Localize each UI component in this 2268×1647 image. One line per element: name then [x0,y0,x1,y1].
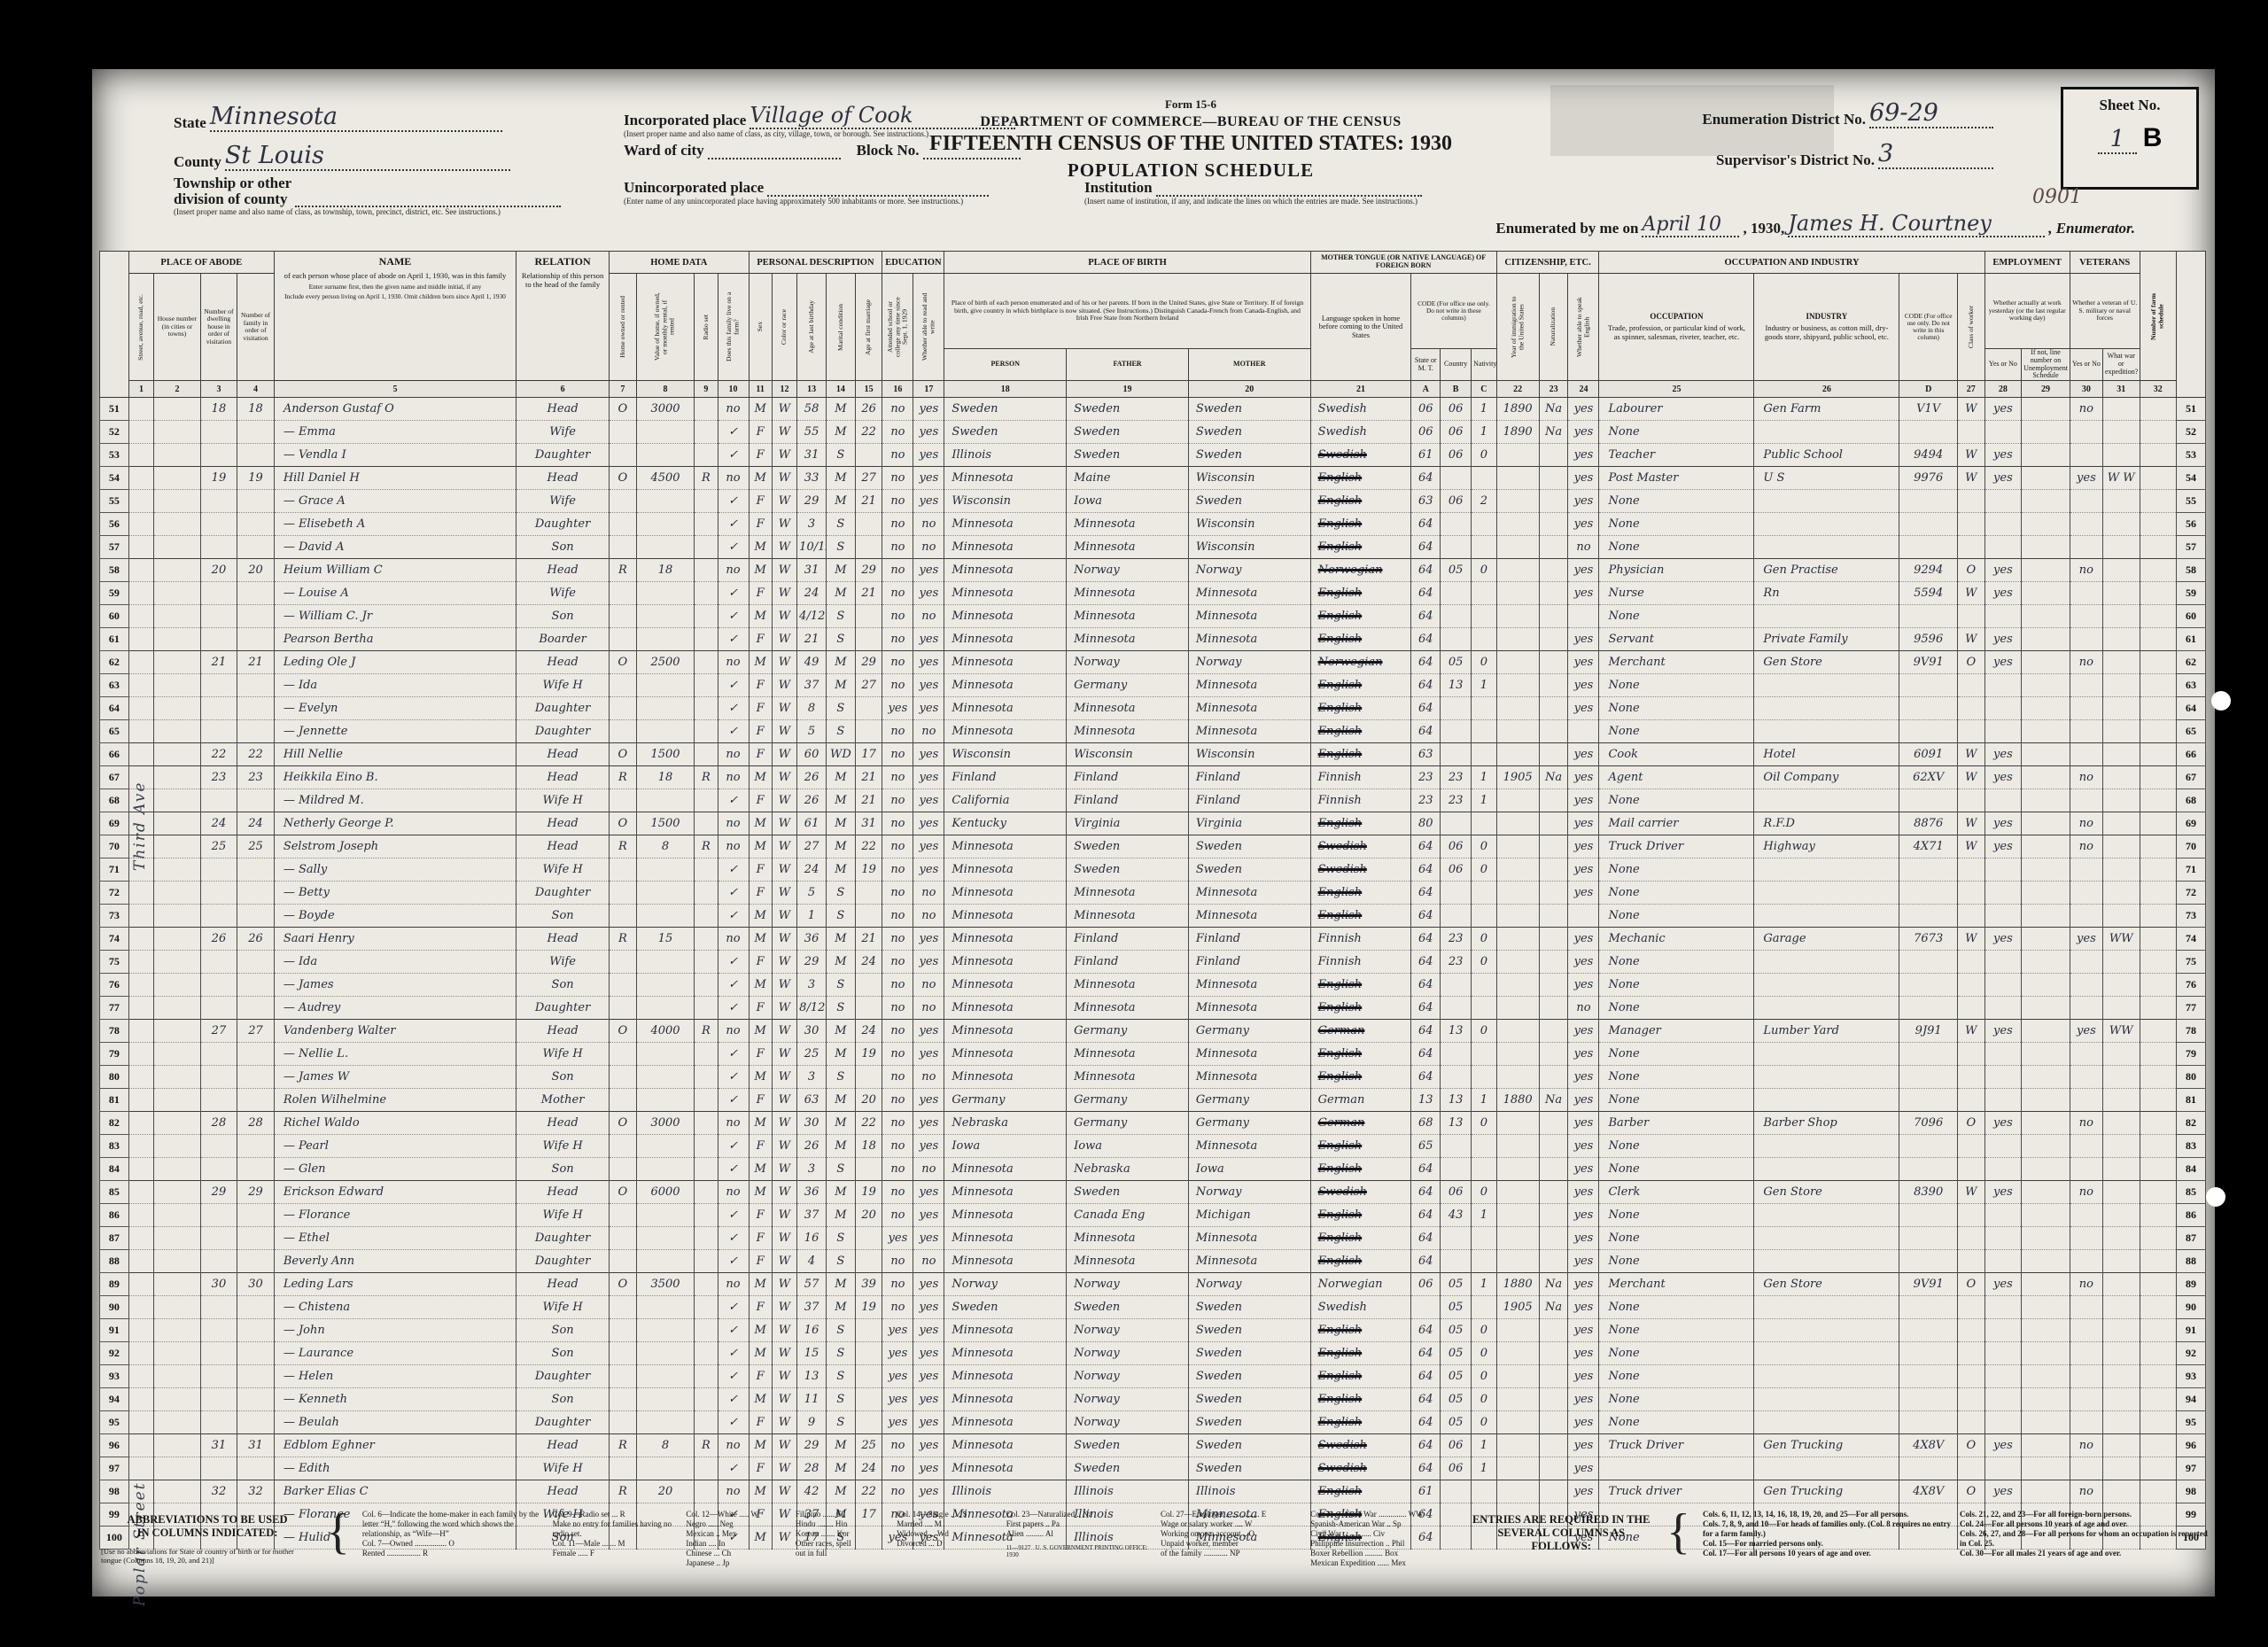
age-first-marriage: 19 [855,1181,882,1204]
entries-title: ENTRIES ARE REQUIRED IN THE SEVERAL COLU… [1468,1513,1654,1553]
street [128,1296,153,1319]
line-number: 77 [2177,997,2206,1020]
attended-school: no [882,789,913,812]
code-a: 64 [1411,513,1441,536]
at-work [1984,1365,2022,1388]
home-value [636,1043,695,1066]
lives-on-farm: ✓ [718,674,749,697]
birthplace-person: Minnesota [944,882,1067,905]
birthplace-mother: Sweden [1188,835,1310,858]
table-row: 782727Vandenberg WalterHeadO4000RnoMW30M… [100,1020,2206,1043]
name: — John [274,1319,516,1342]
marital-condition: S [826,1066,855,1089]
house-number [154,674,200,697]
speaks-english: yes [1568,812,1599,835]
speaks-english: yes [1568,651,1599,674]
code-a: 65 [1411,1135,1441,1158]
township-field: Township or other division of county (In… [174,175,617,216]
birthplace-person: Minnesota [944,951,1067,974]
birthplace-person: Norway [944,1273,1067,1296]
attended-school: no [882,1158,913,1181]
speaks-english: yes [1568,559,1599,582]
employment-description: Whether actually at work yesterday (or t… [1984,274,2070,349]
lives-on-farm: no [718,743,749,766]
color-or-race: W [772,789,796,812]
attended-school: no [882,536,913,559]
occupation: None [1599,1342,1754,1365]
code-a: 64 [1411,1388,1441,1411]
mother-tongue: English [1310,743,1411,766]
immigration-year [1496,743,1539,766]
marital-condition: M [826,812,855,835]
family-number [237,1411,275,1434]
home-value [636,1204,695,1227]
mother-tongue: English [1310,882,1411,905]
name: — Pearl [274,1135,516,1158]
read-write: yes [913,1089,944,1112]
naturalization: Na [1539,1273,1568,1296]
read-write: yes [913,398,944,421]
employment-yesno-header: Yes or No [1984,349,2022,381]
birthplace-father: Illinois [1067,1480,1189,1503]
column-number: 13 [797,381,827,398]
code-d: V1V [1899,398,1958,421]
speaks-english: yes [1568,1411,1599,1434]
home-value [636,720,695,743]
attended-school: no [882,743,913,766]
birthplace-mother: Michigan [1188,1204,1310,1227]
veteran [2070,1227,2102,1250]
marital-condition: M [826,1043,855,1066]
table-row: 97— EdithWife H✓FW28M24noyesMinnesotaSwe… [100,1457,2206,1480]
birthplace-father: Canada Eng [1067,1204,1189,1227]
family-number [237,605,275,628]
family-number [237,905,275,928]
attended-school: no [882,1296,913,1319]
unemployment-line [2022,1342,2070,1365]
color-or-race: W [772,651,796,674]
at-work: yes [1984,1020,2022,1043]
code-a: 23 [1411,789,1441,812]
age: 61 [797,812,827,835]
age-first-marriage: 39 [855,1273,882,1296]
naturalization [1539,1342,1568,1365]
farm-schedule-number [2140,1342,2177,1365]
war-or-expedition [2102,743,2140,766]
abbrev-title-block: ABBREVIATIONS TO BE USED IN COLUMNS INDI… [101,1510,314,1565]
code-a: 64 [1411,905,1441,928]
class-of-worker [1957,1319,1984,1342]
dwelling-number [200,951,237,974]
immigration-year [1496,1204,1539,1227]
code-b: 13 [1441,674,1472,697]
street [128,1112,153,1135]
birthplace-mother: Norway [1188,1273,1310,1296]
birthplace-person: Minnesota [944,1181,1067,1204]
home-value [636,582,695,605]
war-or-expedition [2102,605,2140,628]
at-work [1984,1089,2022,1112]
veteran [2070,490,2102,513]
lives-on-farm: ✓ [718,628,749,651]
lives-on-farm: no [718,398,749,421]
veteran: no [2070,1273,2102,1296]
marital-condition: S [826,605,855,628]
home-value [636,905,695,928]
immigration-year [1496,720,1539,743]
immigration-year [1496,1158,1539,1181]
line-number: 91 [100,1319,129,1342]
lives-on-farm: ✓ [718,789,749,812]
code-b [1441,628,1472,651]
farm-header: Does this family live on a farm? [718,274,749,381]
color-or-race: W [772,1319,796,1342]
at-work [1984,1227,2022,1250]
marital-condition: M [826,490,855,513]
name: Hill Daniel H [274,467,516,490]
home-owned-or-rented: R [610,766,637,789]
line-number: 51 [100,398,129,421]
birthplace-mother: Finland [1188,928,1310,951]
birthplace-father: Sweden [1067,1434,1189,1457]
code-a: 64 [1411,674,1441,697]
english-header: Whether able to speak English [1568,274,1599,381]
class-of-worker [1957,1227,1984,1250]
line-number: 59 [100,582,129,605]
naturalization [1539,467,1568,490]
birthplace-mother: Sweden [1188,444,1310,467]
home-owned-or-rented [610,513,637,536]
family-number [237,1319,275,1342]
mother-tongue: English [1310,1066,1411,1089]
speaks-english: yes [1568,1158,1599,1181]
column-number: 17 [913,381,944,398]
occupation: None [1599,1158,1754,1181]
code-d: 9294 [1899,559,1958,582]
unemployment-line [2022,674,2070,697]
code-c [1472,697,1496,720]
lives-on-farm: ✓ [718,1204,749,1227]
age-first-marriage [855,628,882,651]
relation: Son [517,1158,610,1181]
unemployment-line [2022,1227,2070,1250]
sex: M [749,1480,772,1503]
lives-on-farm: no [718,812,749,835]
read-write: no [913,1066,944,1089]
birthplace-father: Germany [1067,1089,1189,1112]
birthplace-person: Minnesota [944,697,1067,720]
sex: F [749,421,772,444]
immigration-year [1496,559,1539,582]
naturalization [1539,582,1568,605]
radio-set: R [695,1434,718,1457]
code-a: 64 [1411,1365,1441,1388]
dwelling-number [200,1411,237,1434]
house-number [154,628,200,651]
unemployment-line [2022,651,2070,674]
immigration-label: Year of immigration to the United States [1511,291,1526,362]
marital-condition: M [826,421,855,444]
attended-school: yes [882,1365,913,1388]
enumerator-suffix: , Enumerator. [2048,220,2135,237]
code-b: 06 [1441,1434,1472,1457]
code-d: 8390 [1899,1181,1958,1204]
veteran: no [2070,651,2102,674]
naturalization [1539,1112,1568,1135]
column-number: 7 [610,381,637,398]
sex: M [749,1181,772,1204]
at-work [1984,858,2022,882]
sex: M [749,1066,772,1089]
house-number [154,398,200,421]
war-or-expedition [2102,536,2140,559]
home-owned-or-rented [610,1043,637,1066]
industry-note: Industry or business, as cotton mill, dr… [1756,324,1897,342]
war-or-expedition [2102,812,2140,835]
abbrev-col9: Col. 9—Radio set ... R Make no entry for… [553,1510,674,1558]
home-owned-or-rented: R [610,835,637,858]
house-number [154,1227,200,1250]
sex: F [749,1089,772,1112]
veteran-war-header: What war or expedition? [2102,349,2140,381]
attended-school: yes [882,1342,913,1365]
incorporated-note: (Insert proper name and also name of cla… [624,129,1015,138]
birthplace-person: Minnesota [944,674,1067,697]
sex: F [749,1296,772,1319]
table-row: 92— LauranceSon✓MW15SyesyesMinnesotaNorw… [100,1342,2206,1365]
attended-school: no [882,582,913,605]
line-number: 92 [100,1342,129,1365]
code-d: 6091 [1899,743,1958,766]
family-number: 26 [237,928,275,951]
class-of-worker: W [1957,628,1984,651]
age-first-marriage [855,1365,882,1388]
marital-condition: S [826,697,855,720]
age-first-marriage [855,1411,882,1434]
sex-header: Sex [749,274,772,381]
at-work [1984,1043,2022,1066]
line-number: 86 [2177,1204,2206,1227]
code-c [1472,997,1496,1020]
house-number [154,812,200,835]
age-first-marriage: 20 [855,1089,882,1112]
birthplace-person: Minnesota [944,1020,1067,1043]
sex: F [749,1250,772,1273]
at-work [1984,951,2022,974]
immigration-year [1496,1043,1539,1066]
immigration-year [1496,1411,1539,1434]
street [128,905,153,928]
home-value [636,1411,695,1434]
mother-tongue: English [1310,513,1411,536]
unincorporated-note: (Enter name of any unincorporated place … [624,197,989,206]
lives-on-farm: ✓ [718,1388,749,1411]
house-number [154,1181,200,1204]
home-value [636,628,695,651]
street [128,1158,153,1181]
immigration-year [1496,1112,1539,1135]
lives-on-farm: ✓ [718,421,749,444]
code-c: 1 [1472,421,1496,444]
at-work [1984,720,2022,743]
birthplace-person: Minnesota [944,1227,1067,1250]
line-number: 92 [2177,1342,2206,1365]
street [128,398,153,421]
home-value-label: Value of home, if owned, or monthly rent… [654,291,676,362]
birthplace-mother: Wisconsin [1188,536,1310,559]
code-d [1899,905,1958,928]
birthplace-father: Nebraska [1067,1158,1189,1181]
read-write: yes [913,1043,944,1066]
at-work [1984,905,2022,928]
attended-school: no [882,1135,913,1158]
speaks-english: yes [1568,1296,1599,1319]
column-number: 25 [1599,381,1754,398]
lives-on-farm: ✓ [718,905,749,928]
name: — Boyde [274,905,516,928]
code-d: 4X8V [1899,1480,1958,1503]
house-number [154,1319,200,1342]
birthplace-person: Minnesota [944,628,1067,651]
war-or-expedition [2102,766,2140,789]
industry [1754,951,1899,974]
column-number: 19 [1067,381,1189,398]
relation: Wife H [517,858,610,882]
sex: M [749,1319,772,1342]
immigration-year [1496,697,1539,720]
line-number: 80 [2177,1066,2206,1089]
code-d [1899,974,1958,997]
marital-condition: M [826,1181,855,1204]
code-c [1472,1066,1496,1089]
class-of-worker: O [1957,1480,1984,1503]
relation: Daughter [517,997,610,1020]
group-occupation-industry: OCCUPATION AND INDUSTRY [1599,252,1984,274]
street [128,882,153,905]
mother-tongue: English [1310,467,1411,490]
birthplace-father: Sweden [1067,858,1189,882]
attended-school: no [882,467,913,490]
immigration-year [1496,1227,1539,1250]
lives-on-farm: no [718,928,749,951]
birthplace-father: Minnesota [1067,720,1189,743]
code-d: 9596 [1899,628,1958,651]
birthplace-father: Finland [1067,789,1189,812]
family-number: 27 [237,1020,275,1043]
line-number: 87 [100,1227,129,1250]
dwelling-number: 25 [200,835,237,858]
dwelling-number [200,720,237,743]
relation: Son [517,1066,610,1089]
read-write: yes [913,674,944,697]
industry [1754,1089,1899,1112]
line-number: 84 [100,1158,129,1181]
line-number: 69 [2177,812,2206,835]
marital-condition: M [826,1089,855,1112]
farm-schedule-number [2140,1480,2177,1503]
at-work: yes [1984,743,2022,766]
age-first-marriage [855,974,882,997]
color-or-race: W [772,858,796,882]
attended-school: no [882,513,913,536]
war-or-expedition [2102,997,2140,1020]
table-row: 73— BoydeSon✓MW1SnonoMinnesotaMinnesotaM… [100,905,2206,928]
age-first-marriage [855,997,882,1020]
line-number: 93 [2177,1365,2206,1388]
table-row: 963131Edblom EghnerHeadR8RnoMW29M25noyes… [100,1434,2206,1457]
war-or-expedition [2102,651,2140,674]
code-d [1899,1342,1958,1365]
age-first-marriage: 21 [855,766,882,789]
war-or-expedition [2102,1296,2140,1319]
birthplace-mother: Minnesota [1188,605,1310,628]
industry [1754,974,1899,997]
form-header: Form 15-6 DEPARTMENT OF COMMERCE—BUREAU … [92,69,2215,251]
county-value: St Louis [225,142,324,169]
name: — Edith [274,1457,516,1480]
line-number: 79 [100,1043,129,1066]
farm-schedule-number [2140,1135,2177,1158]
column-number: 3 [200,381,237,398]
age-first-marriage: 27 [855,674,882,697]
code-d [1899,1227,1958,1250]
family-number: 31 [237,1434,275,1457]
marital-label: Marital condition [837,304,844,351]
column-number: 6 [517,381,610,398]
birthplace-person: Sweden [944,421,1067,444]
relation: Son [517,1388,610,1411]
occupation: Truck driver [1599,1480,1754,1503]
immigration-year [1496,882,1539,905]
occupation: None [1599,858,1754,882]
code-a: 64 [1411,951,1441,974]
birthplace-person: Minnesota [944,1066,1067,1089]
age-first-marriage: 22 [855,1480,882,1503]
employment-line-header: If not, line number on Unemployment Sche… [2022,349,2070,381]
abbrev-col23-block: Col. 23—Naturalized .. Na First papers .… [1006,1510,1148,1558]
dwelling-number [200,697,237,720]
read-write: yes [913,1434,944,1457]
column-number-row: 123456789101112131415161718192021ABC2223… [100,381,2206,398]
radio-set [695,1411,718,1434]
family-number: 23 [237,766,275,789]
immigration-year: 1890 [1496,421,1539,444]
home-value [636,858,695,882]
dwelling-number: 24 [200,812,237,835]
birthplace-person: Minnesota [944,605,1067,628]
occupation: Physician [1599,559,1754,582]
institution-note: (Insert name of institution, if any, and… [1084,197,1422,206]
code-d [1899,1135,1958,1158]
name: Beverly Ann [274,1250,516,1273]
column-number: C [1472,381,1496,398]
radio-set [695,1457,718,1480]
sex: M [749,398,772,421]
mother-tongue: English [1310,720,1411,743]
war-or-expedition [2102,1158,2140,1181]
name: — Helen [274,1365,516,1388]
street [128,928,153,951]
relation: Wife [517,951,610,974]
birthplace-father: Norway [1067,651,1189,674]
family-number [237,674,275,697]
dwelling-number: 29 [200,1181,237,1204]
occupation: None [1599,882,1754,905]
home-value [636,444,695,467]
column-number: 5 [274,381,516,398]
home-owned-or-rented [610,1457,637,1480]
naturalization-header: Naturalization [1539,274,1568,381]
